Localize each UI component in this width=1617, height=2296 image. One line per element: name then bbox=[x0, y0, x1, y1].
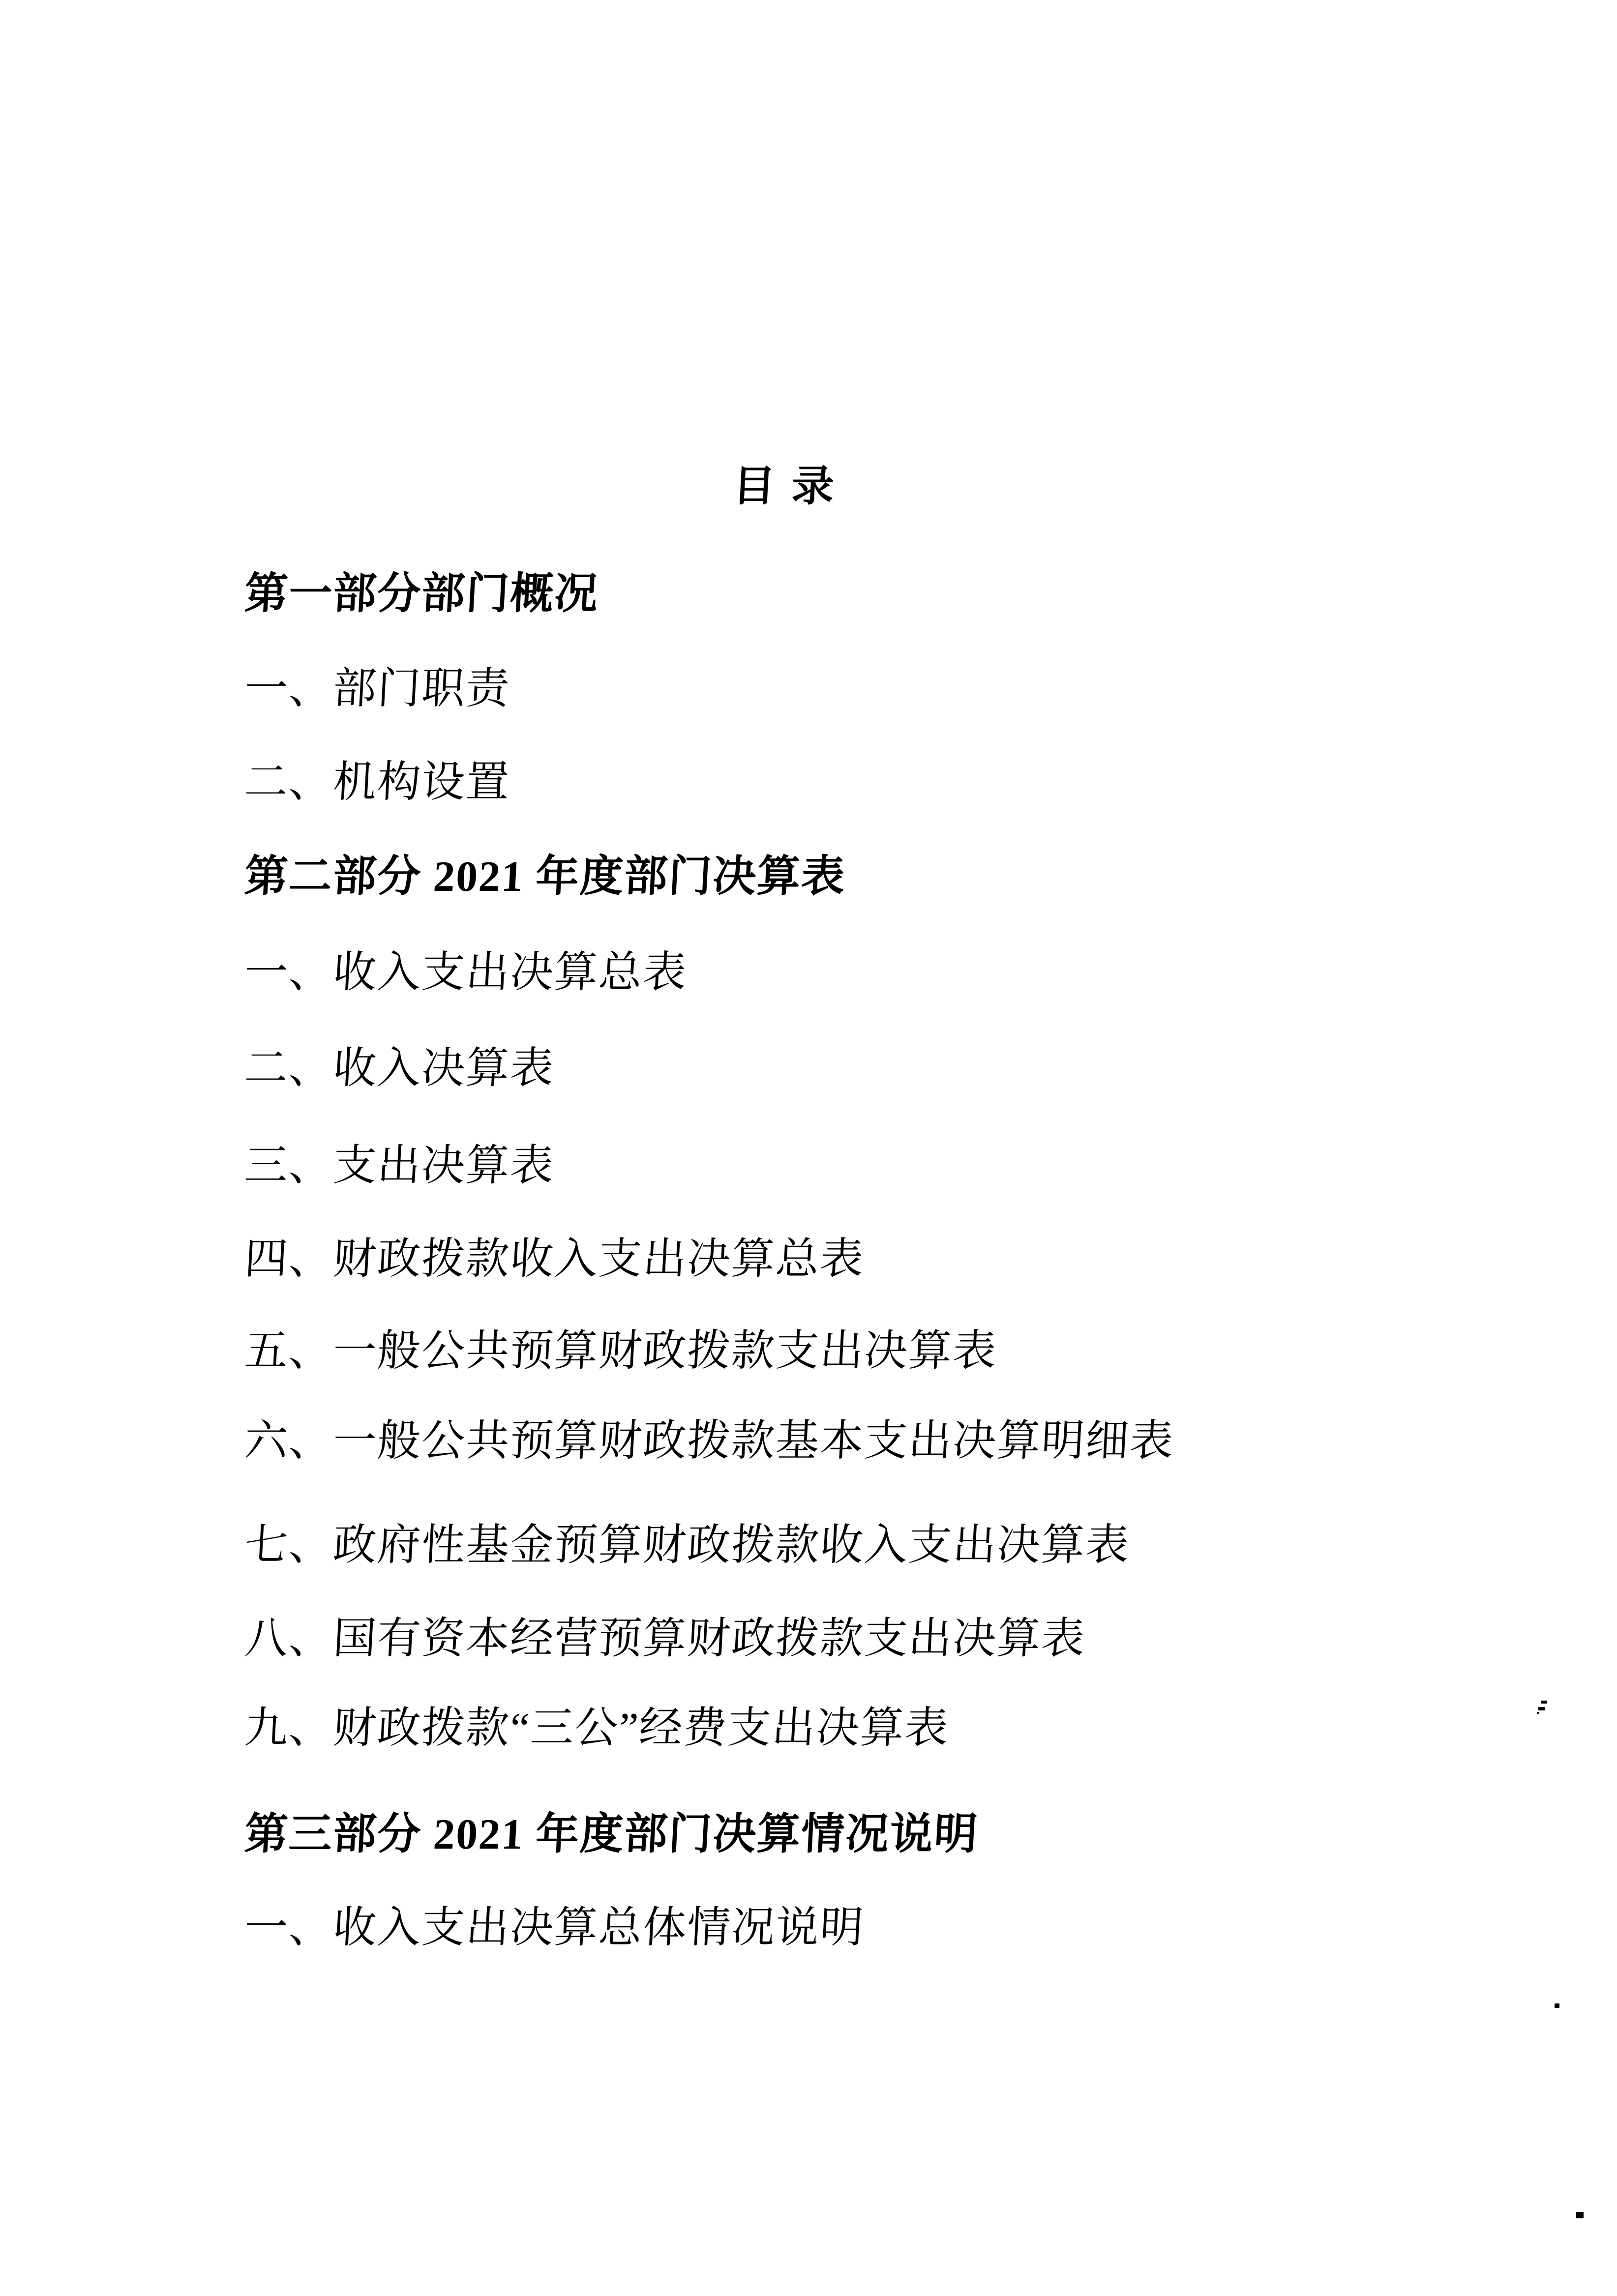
toc-item: 七、政府性基金预算财政拨款收入支出决算表 bbox=[243, 1524, 1131, 1567]
toc-item: 一、部门职责 bbox=[243, 668, 511, 711]
toc-item: 三、支出决算表 bbox=[243, 1145, 556, 1188]
scan-speck bbox=[1555, 2003, 1559, 2008]
toc-item: 一、收入支出决算总体情况说明 bbox=[243, 1907, 866, 1950]
scan-speck bbox=[1537, 1712, 1539, 1714]
toc-item: 五、一般公共预算财政拨款支出决算表 bbox=[243, 1330, 998, 1373]
scan-speck bbox=[1576, 2212, 1584, 2218]
toc-item: 四、财政拨款收入支出决算总表 bbox=[243, 1238, 866, 1281]
toc-heading-part1: 第一部分部门概况 bbox=[243, 573, 600, 616]
toc-item: 九、财政拨款“三公”经费支出决算表 bbox=[243, 1707, 950, 1750]
scan-speck bbox=[1538, 1707, 1545, 1710]
toc-heading-part3: 第三部分 2021 年度部门决算情况说明 bbox=[243, 1813, 980, 1856]
toc-item: 二、收入决算表 bbox=[243, 1047, 556, 1090]
toc-item: 六、一般公共预算财政拨款基本支出决算明细表 bbox=[243, 1420, 1175, 1463]
toc-item: 一、收入支出决算总表 bbox=[243, 951, 689, 995]
document-page: 目 录 第一部分部门概况 一、部门职责 二、机构设置 第二部分 2021 年度部… bbox=[0, 0, 1617, 2296]
toc-heading-part2: 第二部分 2021 年度部门决算表 bbox=[243, 855, 847, 899]
toc-item: 八、国有资本经营预算财政拨款支出决算表 bbox=[243, 1618, 1087, 1661]
scan-speck bbox=[1541, 1701, 1547, 1704]
page-title: 目 录 bbox=[732, 465, 838, 507]
toc-item: 二、机构设置 bbox=[243, 761, 511, 804]
